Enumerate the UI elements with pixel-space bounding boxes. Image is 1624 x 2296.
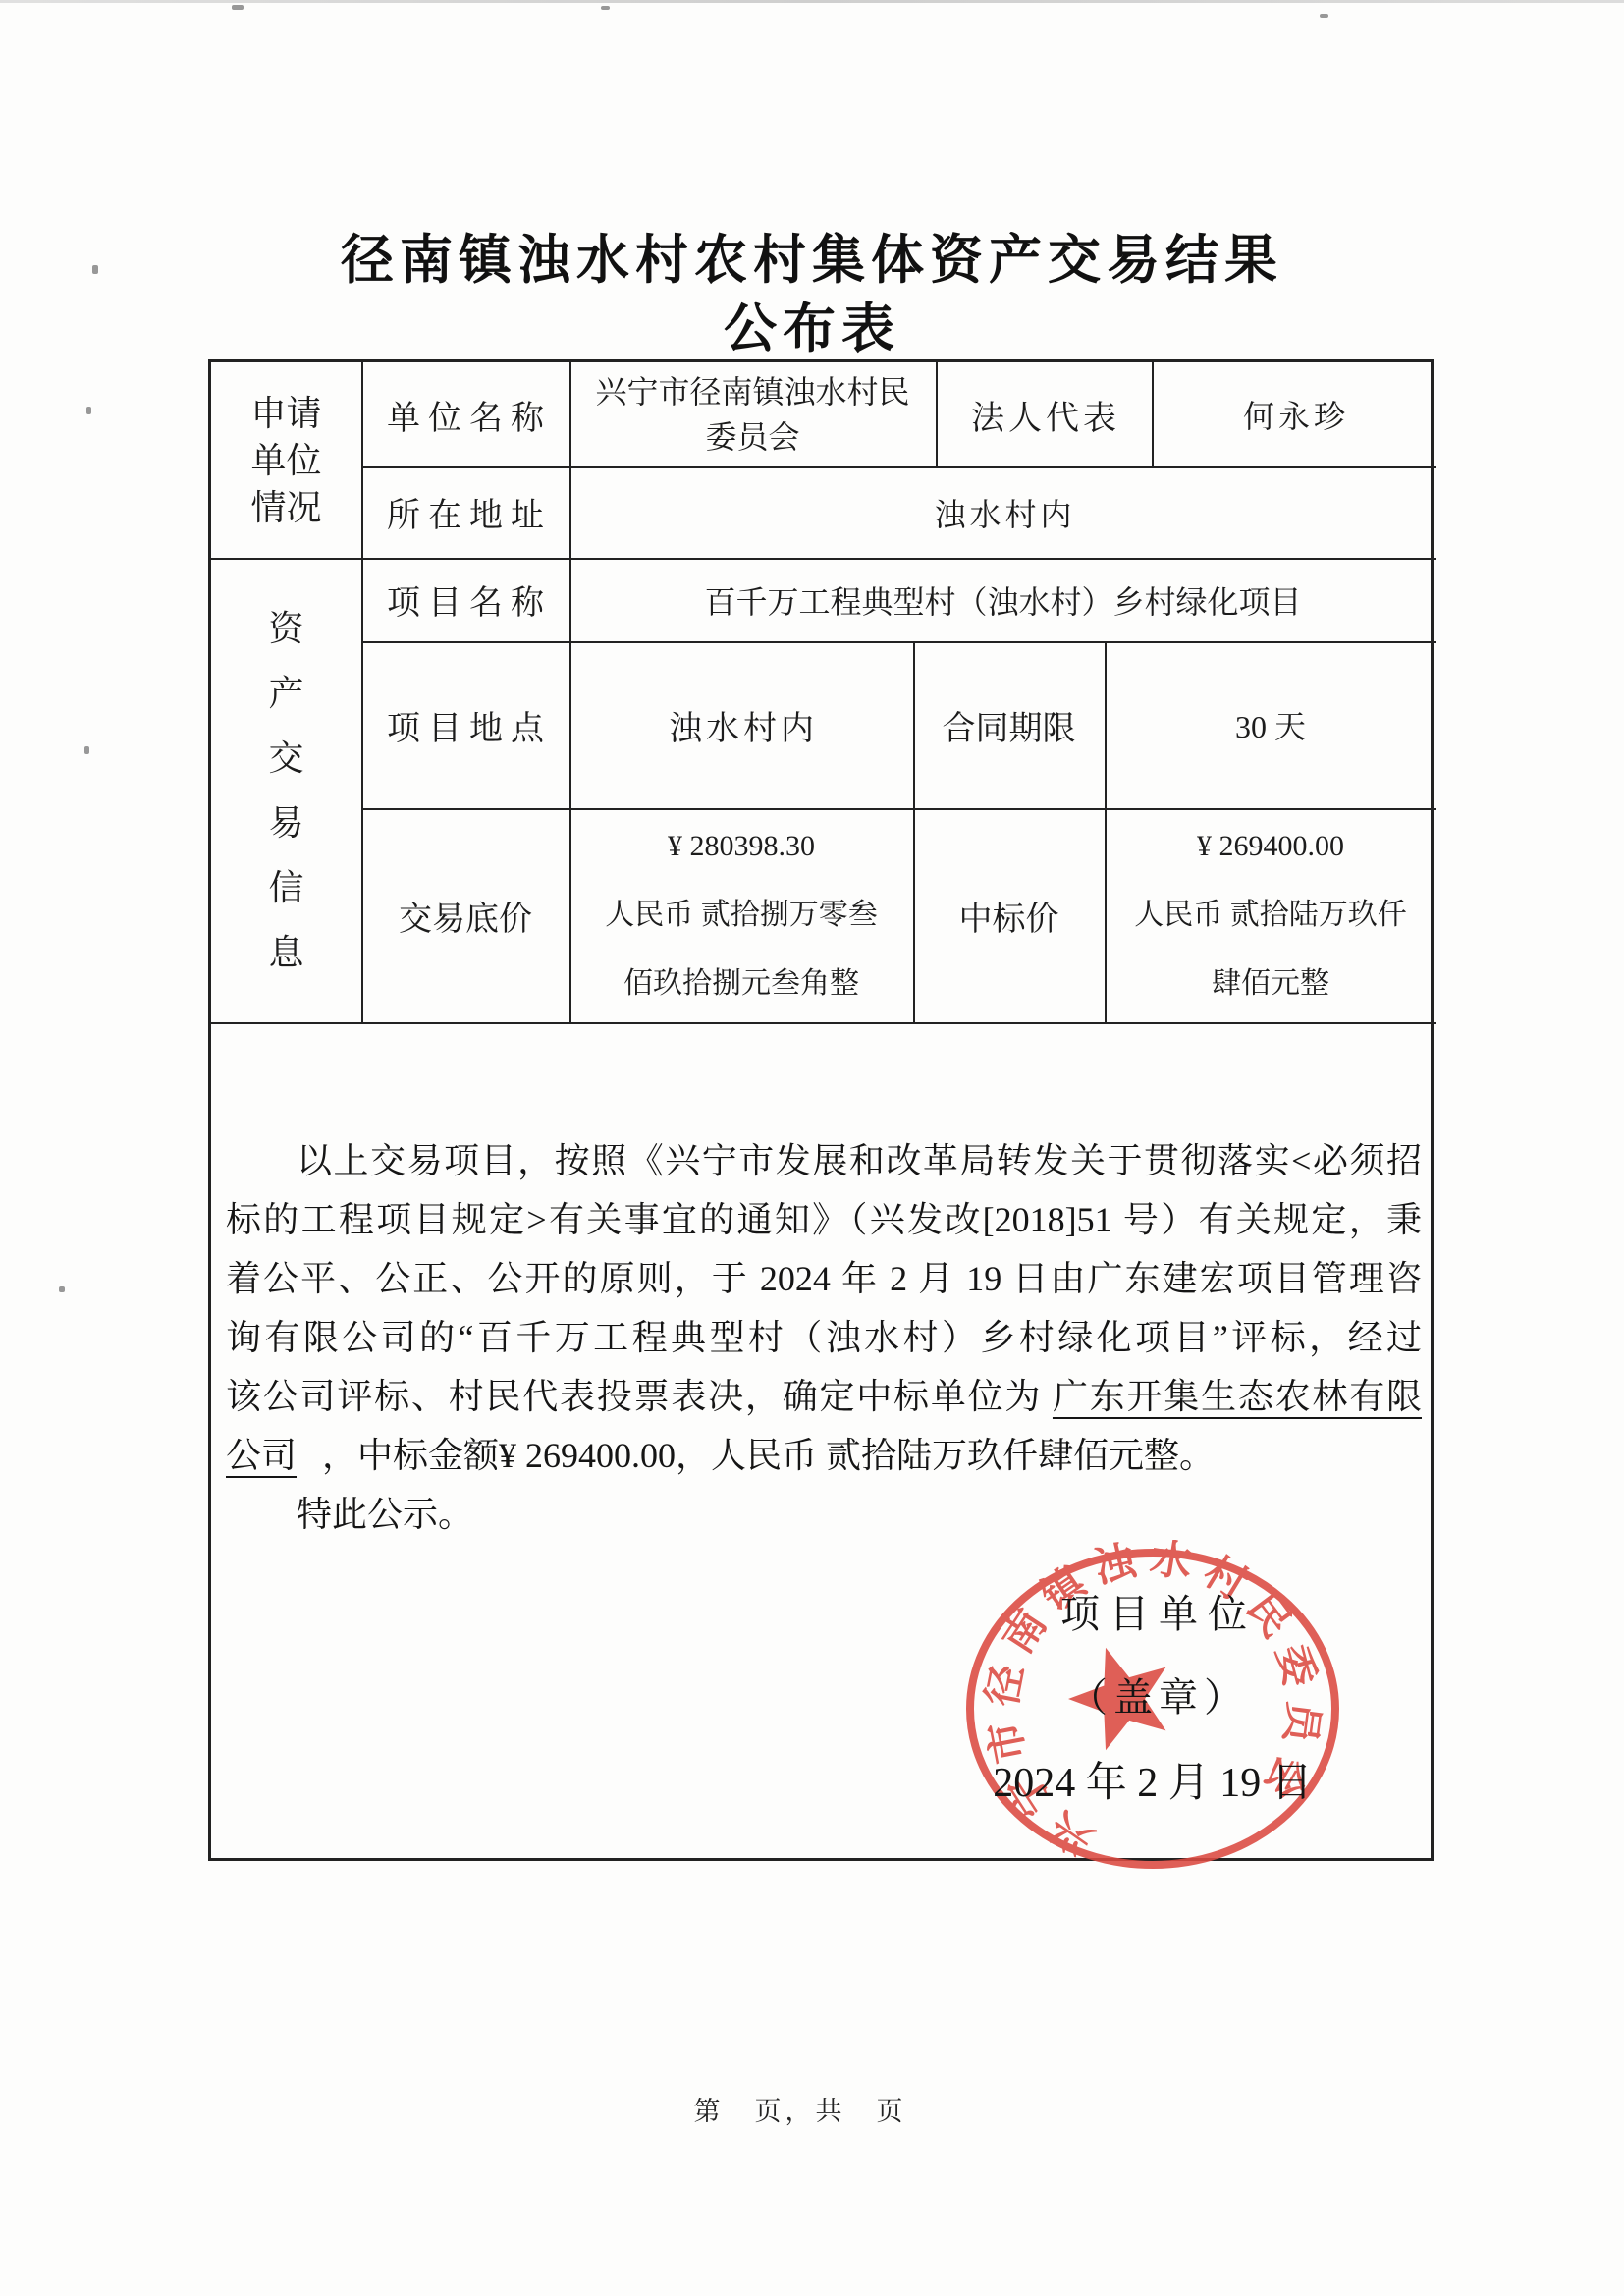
winner-name-underlined: 公司 [226,1436,322,1475]
signature-date: 2024 年 2 月 19 日 [927,1750,1379,1809]
paragraph-line: 公司，中标金额¥ 269400.00，人民币 贰拾陆万玖仟肆佰元整。 [226,1426,1422,1485]
page-footer: 第 页，共 页 [0,2090,1600,2128]
legal-rep-value: 何永珍 [1152,362,1436,466]
paragraph-line: 该公司评标、村民代表投票表决，确定中标单位为 广东开集生态农林有限 [226,1367,1422,1426]
scan-speck [601,6,610,10]
unit-name-label: 单位名称 [361,362,569,466]
winning-price-value: ¥ 269400.00 人民币 贰拾陆万玖仟 肆佰元整 [1105,808,1436,1022]
project-name-label: 项目名称 [361,558,569,641]
paragraph-line: 询有限公司的“百千万工程典型村（浊水村）乡村绿化项目”评标，经过 [226,1308,1422,1367]
signature-unit-label: 项目单位 [1011,1583,1306,1639]
scan-speck [84,746,89,754]
paragraph-line: 标的工程项目规定>有关事宜的通知》（兴发改[2018]51 号）有关规定，秉 [226,1190,1422,1249]
winner-name-underlined: 广东开集生态农林有限 [1053,1377,1422,1416]
winning-price-label: 中标价 [913,808,1105,1022]
asset-section-label: 资 产 交 易 信 息 [211,558,361,1022]
scan-speck [59,1286,65,1292]
project-site-value: 浊水村内 [569,641,913,808]
paragraph-line: 以上交易项目，按照《兴宁市发展和改革局转发关于贯彻落实<必须招 [226,1131,1422,1190]
page-title-line2: 公布表 [0,287,1624,362]
project-name-value: 百千万工程典型村（浊水村）乡村绿化项目 [569,558,1436,641]
page-title: 径南镇浊水村农村集体资产交易结果 [0,218,1624,294]
contract-term-label: 合同期限 [913,641,1105,808]
unit-name-value: 兴宁市径南镇浊水村民 委员会 [569,362,936,466]
closing-line: 特此公示。 [226,1485,1422,1544]
applicant-section-label: 申请 单位 情况 [211,362,361,558]
document-page: 径南镇浊水村农村集体资产交易结果 公布表 申请 单位 情况 单位名称 兴宁市径南… [0,0,1624,2296]
project-site-label: 项目地点 [361,641,569,808]
address-label: 所在地址 [361,466,569,558]
contract-term-value: 30 天 [1105,641,1436,808]
scan-speck [86,407,91,414]
base-price-label: 交易底价 [361,808,569,1022]
paragraph-line: 着公平、公正、公开的原则，于 2024 年 2 月 19 日由广东建宏项目管理咨 [226,1249,1422,1308]
base-price-value: ¥ 280398.30 人民币 贰拾捌万零叁 佰玖拾捌元叁角整 [569,808,913,1022]
scan-speck [1320,14,1328,18]
table-line [211,1022,1436,1024]
legal-rep-label: 法人代表 [936,362,1152,466]
signature-seal-label: （盖章） [1011,1667,1306,1722]
announcement-paragraph: 以上交易项目，按照《兴宁市发展和改革局转发关于贯彻落实<必须招 标的工程项目规定… [226,1131,1422,1544]
scan-edge-artifact [0,0,1624,3]
scan-speck [232,5,244,10]
address-value: 浊水村内 [569,466,1436,558]
